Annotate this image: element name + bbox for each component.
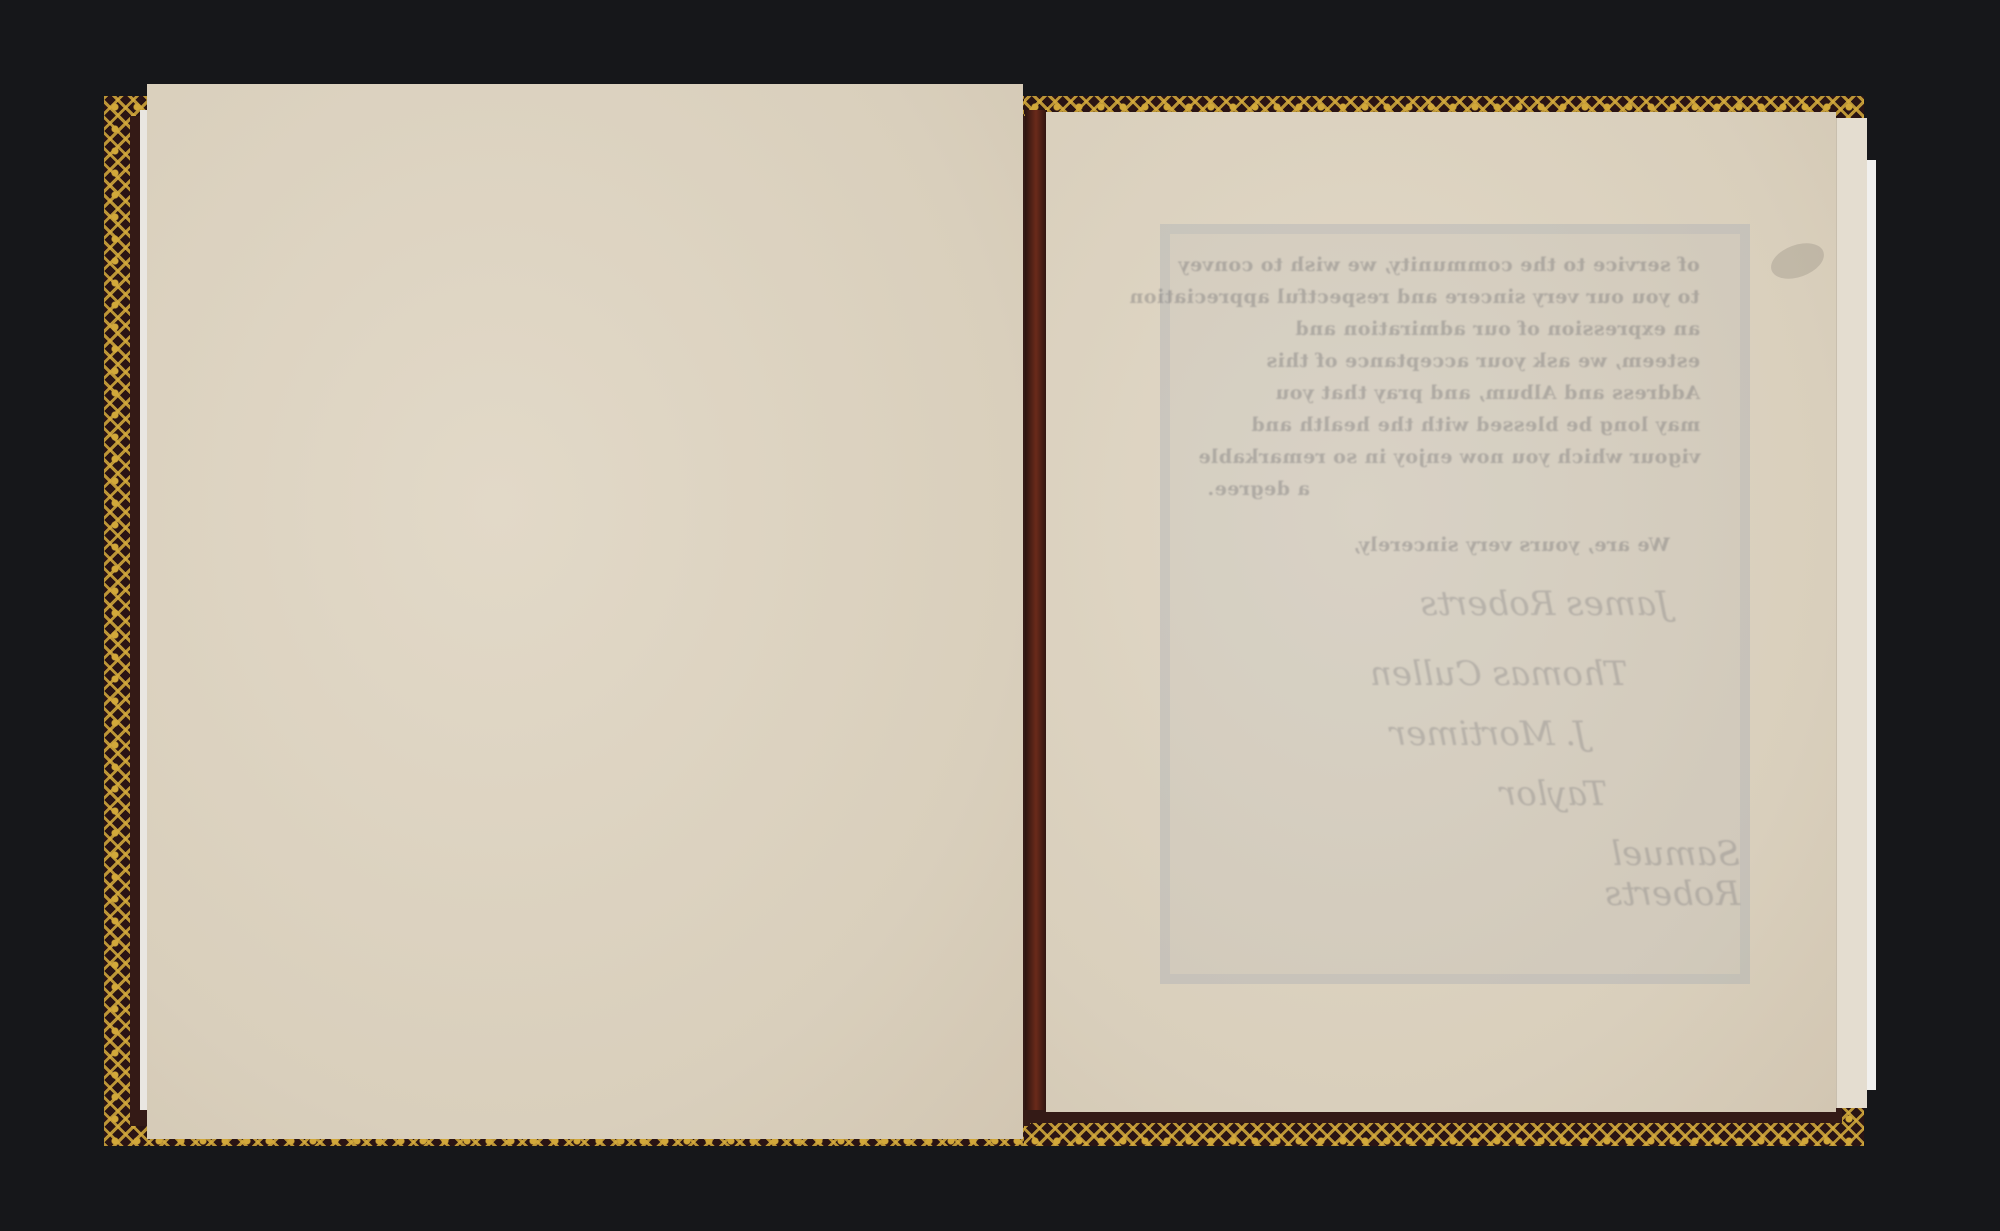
- showthrough-line: We are, yours very sincerely,: [1353, 534, 1670, 556]
- showthrough-line: an expression of our admiration and: [1295, 318, 1700, 340]
- left-page: [147, 84, 1023, 1139]
- showthrough-line: vigour which you now enjoy in so remarka…: [1198, 446, 1700, 468]
- showthrough-line: esteem, we ask your acceptance of this: [1266, 350, 1700, 372]
- showthrough-line: a degree.: [1207, 478, 1310, 500]
- showthrough-line: may long be blessed with the health and: [1251, 414, 1700, 436]
- showthrough-text-block: of service to the community, we wish to …: [1160, 224, 1750, 984]
- showthrough-line: of service to the community, we wish to …: [1178, 254, 1700, 276]
- page-edge-right: [1836, 118, 1867, 1108]
- signature: James Roberts: [1420, 584, 1670, 624]
- signature: Samuel Roberts: [1500, 834, 1740, 914]
- signature: Thomas Cullen: [1370, 654, 1628, 694]
- book-spine-gutter: [1025, 110, 1047, 1110]
- page-block-edge: [1866, 160, 1876, 1090]
- signature: J. Mortimer: [1390, 714, 1587, 754]
- signature: Taylor: [1500, 774, 1607, 814]
- showthrough-line: to you our very sincere and respectful a…: [1129, 286, 1700, 308]
- showthrough-line: Address and Album, and pray that you: [1275, 382, 1700, 404]
